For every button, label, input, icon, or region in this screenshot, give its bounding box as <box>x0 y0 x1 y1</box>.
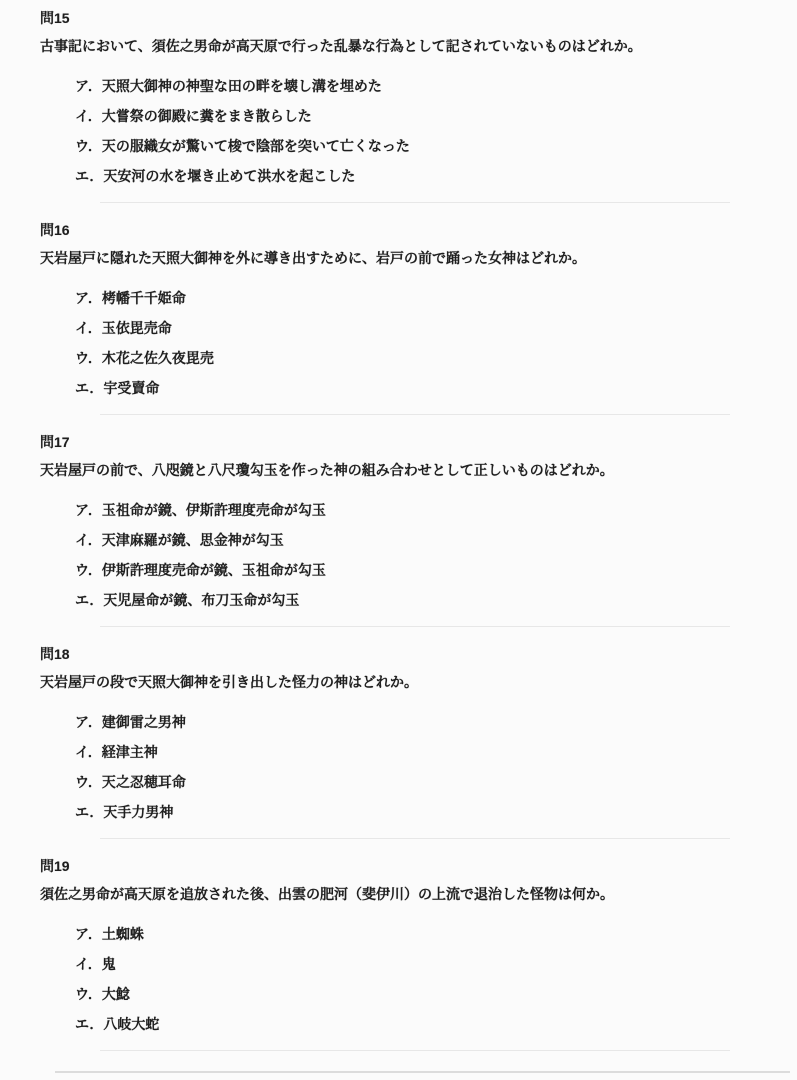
option-text: 経津主神 <box>102 744 158 760</box>
option-item: ウ．天之忍穂耳命 <box>75 773 757 791</box>
question-block: 問18 天岩屋戸の段で天照大御神を引き出した怪力の神はどれか。 ア．建御雷之男神… <box>40 645 757 821</box>
options-list: ア．天照大御神の神聖な田の畔を壊し溝を埋めた イ．大嘗祭の御殿に糞をまき散らした… <box>40 77 757 185</box>
option-label: イ． <box>75 743 102 761</box>
option-text: 大鯰 <box>102 986 130 1002</box>
option-item: ア．天照大御神の神聖な田の畔を壊し溝を埋めた <box>75 77 757 95</box>
question-text: 天岩屋戸の前で、八咫鏡と八尺瓊勾玉を作った神の組み合わせとして正しいものはどれか… <box>40 460 757 480</box>
question-block: 問19 須佐之男命が高天原を追放された後、出雲の肥河（斐伊川）の上流で退治した怪… <box>40 857 757 1033</box>
question-divider <box>100 626 730 627</box>
question-divider <box>100 202 730 203</box>
option-item: エ．天手力男神 <box>75 803 757 821</box>
question-divider <box>100 414 730 415</box>
option-label: ア． <box>75 925 102 943</box>
option-label: エ． <box>75 803 103 821</box>
option-text: 伊斯許理度売命が鏡、玉祖命が勾玉 <box>102 562 326 578</box>
option-label: エ． <box>75 591 103 609</box>
option-item: ア．玉祖命が鏡、伊斯許理度売命が勾玉 <box>75 501 757 519</box>
option-label: ウ． <box>75 561 102 579</box>
option-text: 天照大御神の神聖な田の畔を壊し溝を埋めた <box>102 78 382 94</box>
option-text: 木花之佐久夜毘売 <box>102 350 214 366</box>
question-text: 須佐之男命が高天原を追放された後、出雲の肥河（斐伊川）の上流で退治した怪物は何か… <box>40 884 757 904</box>
option-label: エ． <box>75 1015 103 1033</box>
question-number: 問19 <box>40 857 757 875</box>
question-text: 天岩屋戸の段で天照大御神を引き出した怪力の神はどれか。 <box>40 672 757 692</box>
option-item: エ．天安河の水を堰き止めて洪水を起こした <box>75 167 757 185</box>
option-text: 土蜘蛛 <box>102 926 144 942</box>
option-text: 建御雷之男神 <box>102 714 186 730</box>
option-item: ア．栲幡千千姫命 <box>75 289 757 307</box>
option-label: ア． <box>75 77 102 95</box>
option-label: イ． <box>75 107 102 125</box>
option-text: 天津麻羅が鏡、思金神が勾玉 <box>102 532 284 548</box>
option-text: 栲幡千千姫命 <box>102 290 186 306</box>
option-label: イ． <box>75 319 102 337</box>
question-block: 問16 天岩屋戸に隠れた天照大御神を外に導き出すために、岩戸の前で踊った女神はど… <box>40 221 757 397</box>
option-item: ウ．大鯰 <box>75 985 757 1003</box>
question-number: 問18 <box>40 645 757 663</box>
option-label: ウ． <box>75 349 102 367</box>
page-bottom-divider <box>55 1071 790 1073</box>
option-text: 玉祖命が鏡、伊斯許理度売命が勾玉 <box>102 502 326 518</box>
option-item: エ．八岐大蛇 <box>75 1015 757 1033</box>
options-list: ア．栲幡千千姫命 イ．玉依毘売命 ウ．木花之佐久夜毘売 エ．宇受賣命 <box>40 289 757 397</box>
option-item: イ．天津麻羅が鏡、思金神が勾玉 <box>75 531 757 549</box>
option-item: エ．宇受賣命 <box>75 379 757 397</box>
option-label: ア． <box>75 713 102 731</box>
exam-page: 問15 古事記において、須佐之男命が高天原で行った乱暴な行為として記されていない… <box>0 0 797 1051</box>
question-number: 問17 <box>40 433 757 451</box>
option-item: イ．玉依毘売命 <box>75 319 757 337</box>
option-text: 八岐大蛇 <box>103 1016 159 1032</box>
options-list: ア．玉祖命が鏡、伊斯許理度売命が勾玉 イ．天津麻羅が鏡、思金神が勾玉 ウ．伊斯許… <box>40 501 757 609</box>
option-label: ア． <box>75 289 102 307</box>
option-label: エ． <box>75 379 103 397</box>
question-text: 古事記において、須佐之男命が高天原で行った乱暴な行為として記されていないものはど… <box>40 36 757 56</box>
question-number: 問15 <box>40 9 757 27</box>
option-label: ウ． <box>75 985 102 1003</box>
question-block: 問15 古事記において、須佐之男命が高天原で行った乱暴な行為として記されていない… <box>40 9 757 185</box>
option-text: 大嘗祭の御殿に糞をまき散らした <box>102 108 312 124</box>
option-item: イ．大嘗祭の御殿に糞をまき散らした <box>75 107 757 125</box>
option-item: イ．鬼 <box>75 955 757 973</box>
option-item: ア．建御雷之男神 <box>75 713 757 731</box>
option-text: 天之忍穂耳命 <box>102 774 186 790</box>
option-label: エ． <box>75 167 103 185</box>
option-item: イ．経津主神 <box>75 743 757 761</box>
option-text: 天児屋命が鏡、布刀玉命が勾玉 <box>103 592 299 608</box>
option-item: ア．土蜘蛛 <box>75 925 757 943</box>
question-text: 天岩屋戸に隠れた天照大御神を外に導き出すために、岩戸の前で踊った女神はどれか。 <box>40 248 757 268</box>
question-divider <box>100 1050 730 1051</box>
options-list: ア．土蜘蛛 イ．鬼 ウ．大鯰 エ．八岐大蛇 <box>40 925 757 1033</box>
option-text: 天安河の水を堰き止めて洪水を起こした <box>103 168 355 184</box>
question-number: 問16 <box>40 221 757 239</box>
option-label: イ． <box>75 955 102 973</box>
option-item: ウ．伊斯許理度売命が鏡、玉祖命が勾玉 <box>75 561 757 579</box>
options-list: ア．建御雷之男神 イ．経津主神 ウ．天之忍穂耳命 エ．天手力男神 <box>40 713 757 821</box>
question-divider <box>100 838 730 839</box>
option-item: ウ．木花之佐久夜毘売 <box>75 349 757 367</box>
option-text: 玉依毘売命 <box>102 320 172 336</box>
option-text: 鬼 <box>102 956 116 972</box>
question-block: 問17 天岩屋戸の前で、八咫鏡と八尺瓊勾玉を作った神の組み合わせとして正しいもの… <box>40 433 757 609</box>
option-label: ウ． <box>75 137 102 155</box>
option-text: 天の服織女が驚いて梭で陰部を突いて亡くなった <box>102 138 410 154</box>
option-label: イ． <box>75 531 102 549</box>
option-item: エ．天児屋命が鏡、布刀玉命が勾玉 <box>75 591 757 609</box>
option-text: 天手力男神 <box>103 804 173 820</box>
option-text: 宇受賣命 <box>103 380 159 396</box>
option-label: ア． <box>75 501 102 519</box>
option-item: ウ．天の服織女が驚いて梭で陰部を突いて亡くなった <box>75 137 757 155</box>
option-label: ウ． <box>75 773 102 791</box>
